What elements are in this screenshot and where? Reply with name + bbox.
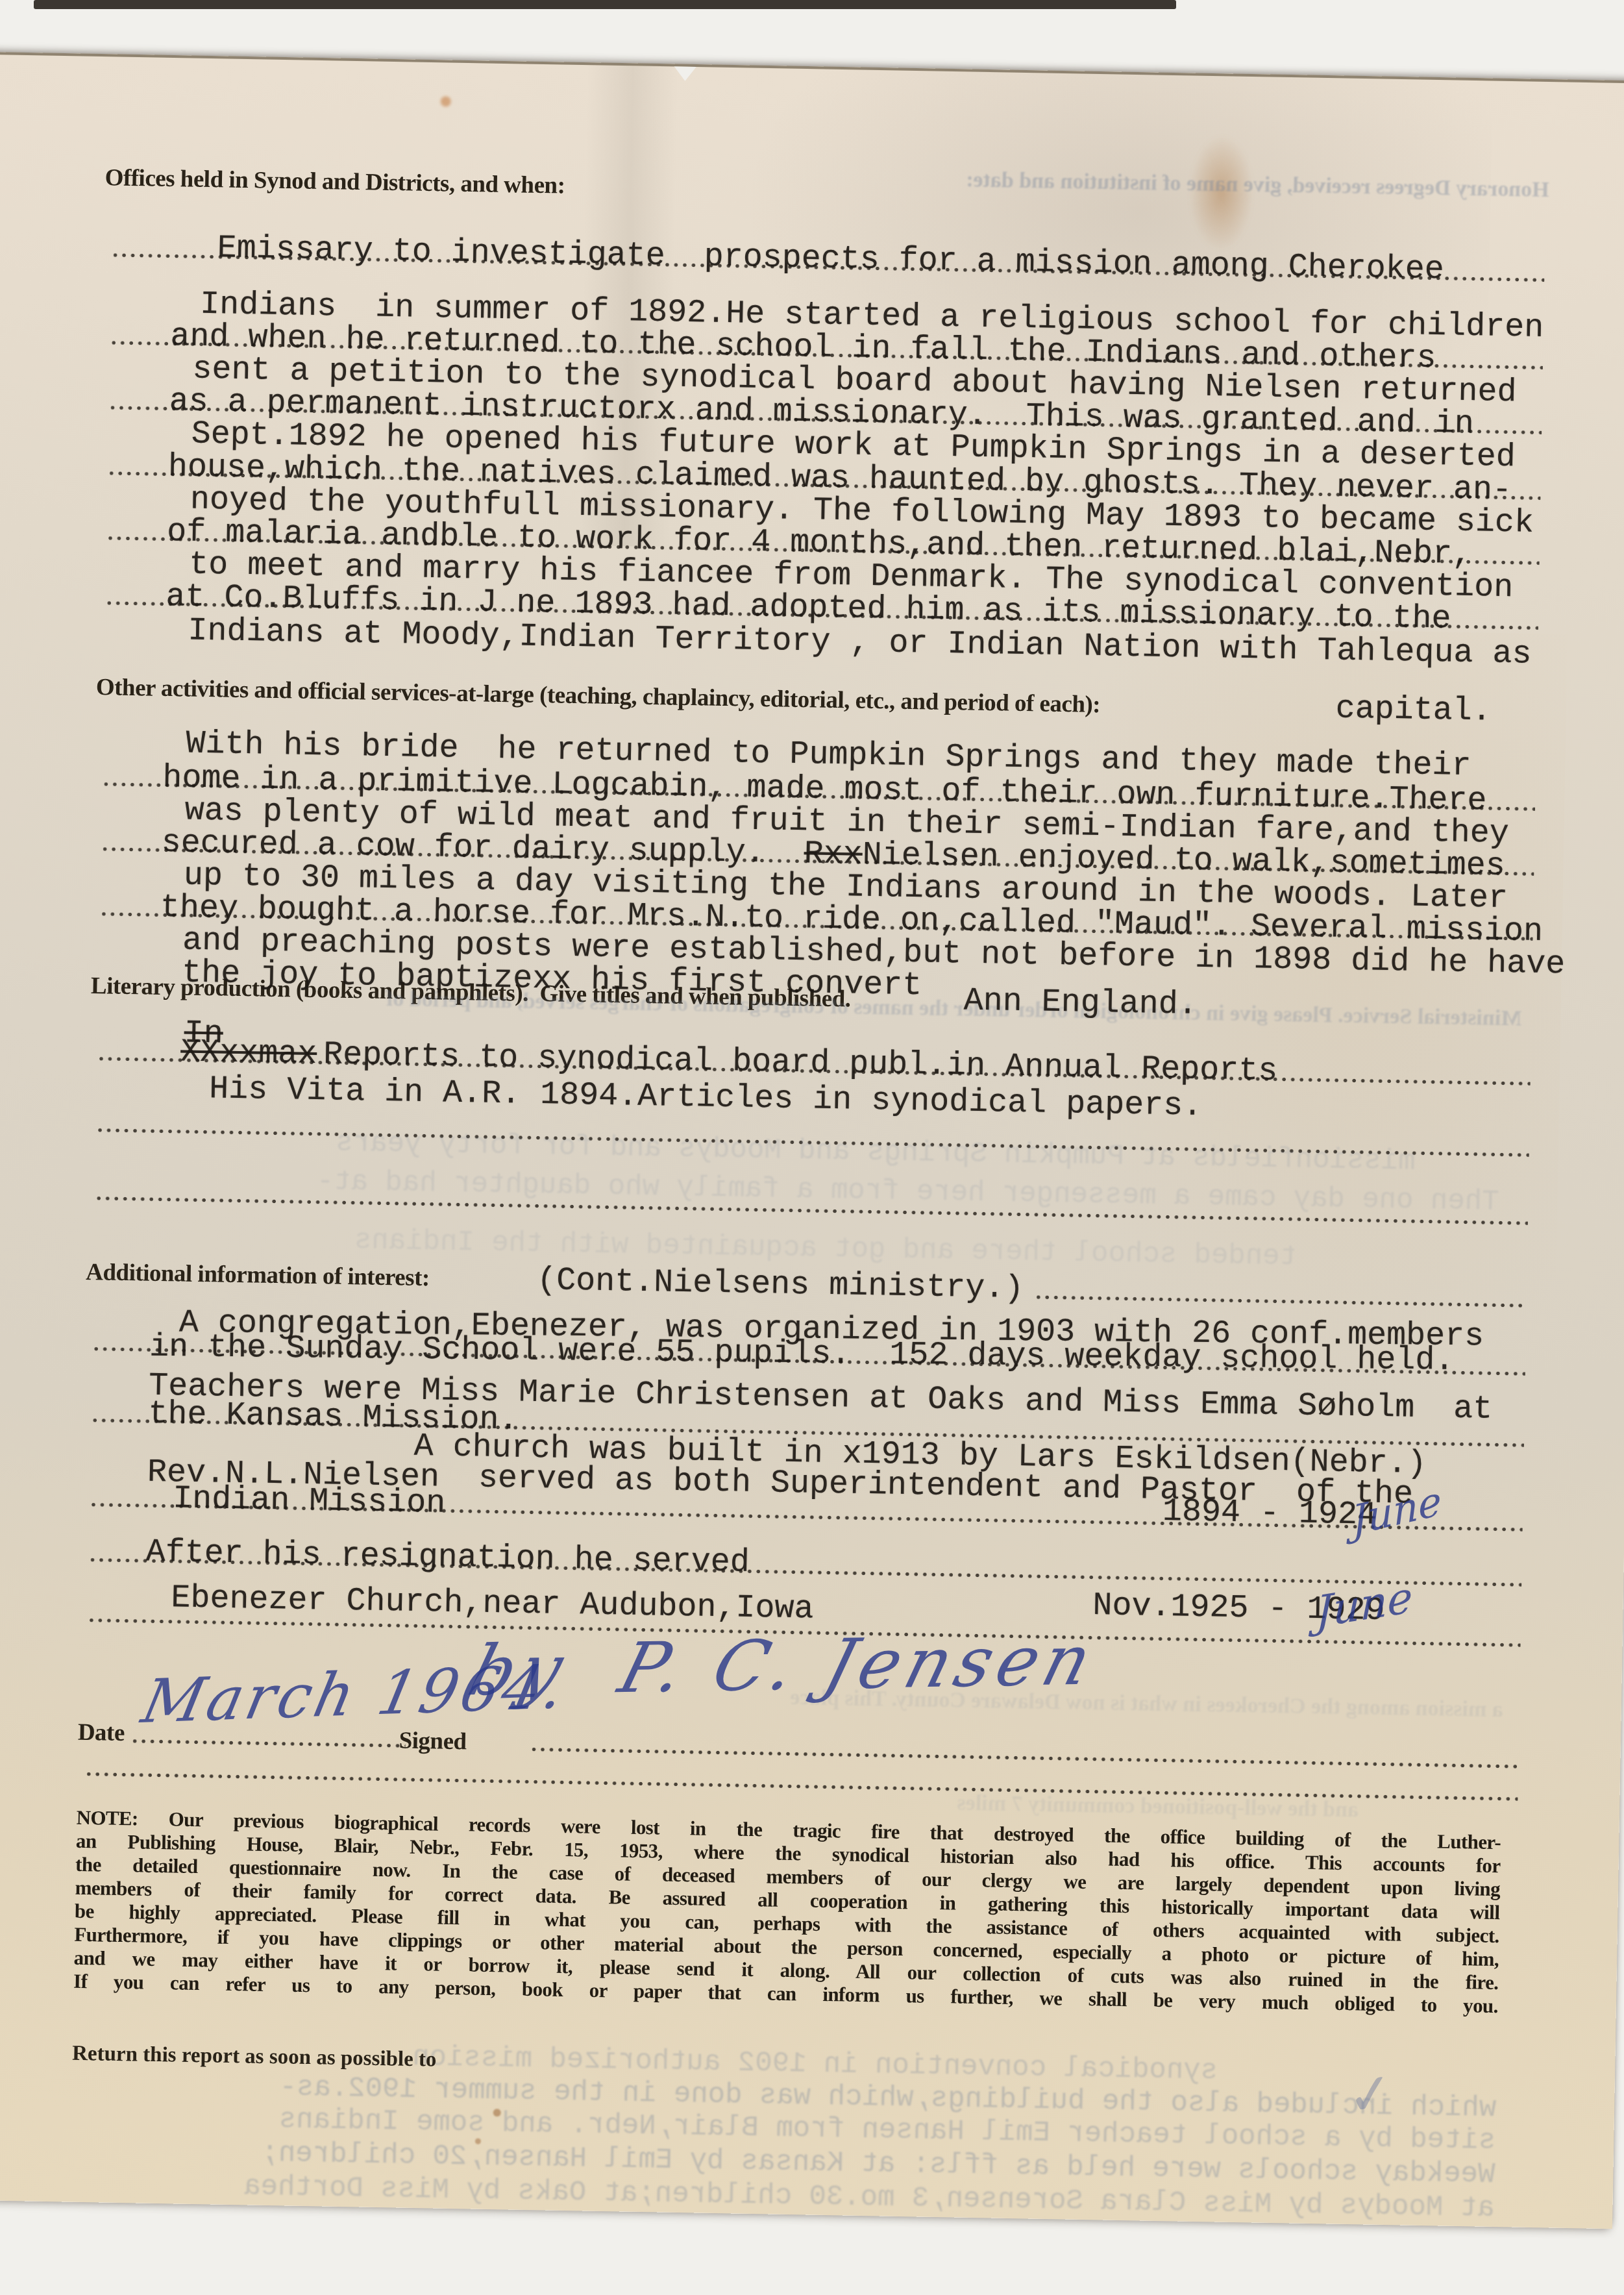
bleedthrough-line: Honorary Degrees received, give name of … [732,164,1549,203]
offices-held-label: Offices held in Synod and Districts, and… [105,164,565,199]
dotted-line [532,1747,1518,1769]
typed-line: XXxxmax [180,1036,317,1071]
typed-line: Indian Mission [173,1483,446,1520]
dotted-line [1037,1295,1527,1308]
typed-text-layer: Emissary to investigate prospects for a … [0,55,1624,84]
dotted-lines-layer [0,55,1624,84]
typed-line: Rxx [804,838,863,872]
check-mark-annotation: ✓ [1344,2060,1398,2130]
signature-handwritten: by P. C. Jensen [461,1620,1105,1711]
other-activities-label: Other activities and official services-a… [96,673,1101,719]
note-paragraph: NOTE: Our previous biographical records … [73,1806,1501,2018]
dotted-line [133,1739,406,1748]
document-page: Offices held in Synod and Districts, and… [0,52,1624,2229]
typed-line: Ann England. [963,985,1198,1021]
typed-line: (Cont.Nielsens ministry.) [537,1265,1024,1306]
scanned-document: { "labels": { "offices": "Offices held i… [0,0,1624,2295]
rust-spot [441,96,451,106]
scanner-edge-shadow [34,0,1176,9]
date-label: Date [77,1718,125,1747]
typed-line: After his resignation he served [145,1537,750,1580]
typed-line: 1894 - 1924 [1163,1496,1377,1532]
typed-line: Emissary to investigate prospects for a … [217,232,1444,286]
bleedthrough-layer: Honorary Degrees received, give name of … [0,55,1624,84]
signed-label: Signed [399,1726,467,1755]
torn-notch [672,64,698,81]
additional-info-label: Additional information of interest: [86,1258,430,1292]
typed-line: Ebenezer Church,near Audubon,Iowa [171,1582,814,1626]
typed-line: capital. [1335,693,1492,728]
